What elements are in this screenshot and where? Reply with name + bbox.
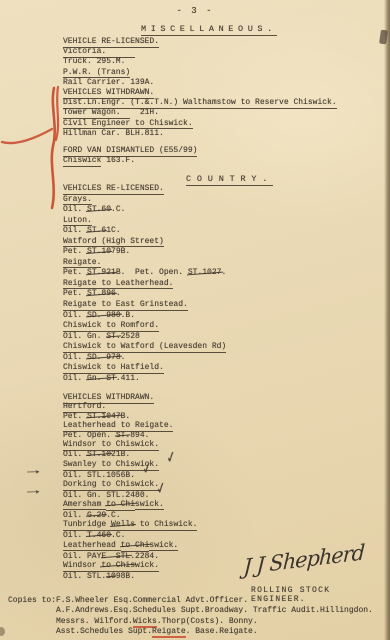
scanned-memo-page: - 3 - MISCELLANEOUS. VEHICLE RE-LICENSED… [0,0,390,640]
document-line: Pet. ST.896. [63,289,226,300]
text-segment: Pet. [63,289,87,298]
text-segment: Windsor [63,561,101,572]
text-segment: Chiswick to Hatfield. [63,363,164,374]
text-segment: Victoria. [63,47,106,58]
document-line: Leatherhead to Chiswick. [63,541,197,552]
text-segment: Reigate. [63,258,101,269]
text-segment: .411. [116,374,140,383]
text-segment: .C. [111,531,125,540]
text-segment: Pet. [63,247,87,256]
struck-text-segment: ST. [106,332,120,343]
document-line: Oil. Gn. ST.2528 [63,332,226,343]
text-segment: Copies to:F.S.Wheeler Esq.Commercial Adv… [8,596,248,605]
text-segment: . [121,353,126,362]
text-segment: Oil. STL.1056B. [63,471,135,480]
text-segment: Oil. PAY [63,552,101,561]
document-line: Dorking to Chiswick. [63,480,197,489]
document-line: Oil. STL.1098B. [63,572,197,581]
struck-text-segment: ST.10 [87,247,111,258]
pencil-arrow-icon: → [27,466,40,476]
text-segment: Pet. Open. [63,431,116,440]
text-segment: Luton. [63,216,92,227]
struck-text-segment: ST.6 [87,226,106,237]
handwritten-signature: J J Shepherd [243,537,390,580]
document-line: Dist.Ln.Engr. (T.&.T.N.) Walthamstow to … [63,98,337,108]
document-line: A.F.Andrews.Esq.Schedules Supt.Broadway.… [8,606,373,616]
document-line: Asst.Schedules Supt.Reigate. Base.Reigat… [8,627,373,637]
text-segment: VEHICLE RE-LICENSED. [63,37,159,48]
text-segment: swick. [135,500,164,511]
document-line: Pet. ST.921B. Pet. Open. ST.1027. [63,268,226,279]
document-line: Windsor to Chiswick. [63,440,197,449]
text-segment: Reigate to Leatherhead. [63,279,173,290]
document-line: FORD VAN DISMANTLED (E55/99) [63,146,197,156]
document-line: Pet. ST.1047B. [63,412,197,421]
document-line: Messrs. Wilford.Wicks.Thorp(Costs). Bonn… [8,617,373,627]
pencil-arrow-icon: → [27,486,40,496]
text-segment: Wicks [133,617,157,628]
text-segment: Civil Engineer to Chiswick. [63,119,193,130]
document-line: VEHICLE RE-LICENSED. [63,37,159,47]
struck-text-segment: T.460 [87,531,111,540]
red-margin-mark [0,84,70,218]
struck-text-segment: ST.921 [87,268,116,279]
text-segment: Leatherhead [63,541,121,552]
text-segment: 1C. [106,226,120,235]
struck-text-segment: E STL [101,552,130,561]
document-line: →Oil. Gn. STL.2480.✓ [63,490,197,500]
struck-text-segment: Gn. ST [87,374,116,385]
document-line: Oil. ST.60.C. [63,205,226,216]
text-segment: Truck. 295.M. [63,57,125,66]
document-line: Hertford. [63,402,197,411]
document-line: Tunbridge Wells to Chiswick. [63,520,197,531]
text-segment: wick. [135,561,159,572]
document-line: Reigate to Leatherhead. [63,279,226,290]
text-segment: Oil. [63,531,87,540]
text-segment: Pet. [63,412,87,421]
document-line: Swanley to Chiswick.✓ [63,459,197,469]
text-segment: A.F.Andrews.Esq.Schedules Supt.Broadway.… [56,606,373,615]
document-line: Rail Carrier. 139A. [63,78,159,88]
text-segment: Oil. [63,450,87,459]
document-line: Oil. T.460.C. [63,531,197,540]
text-segment: swick. [149,541,178,552]
document-line: VEHICLES WITHDRAWN. [63,88,337,98]
text-segment: .2284. [130,552,159,561]
struck-text-segment: to Chi [121,541,150,552]
text-segment: Oil. Gn. STL.2480. [63,491,149,500]
text-segment: 163.F. [101,156,135,165]
text-segment: 98B. [116,572,135,581]
text-segment: 894. [130,431,149,440]
struck-text-segment: ST.896 [87,289,116,300]
document-line: Chiswick 163.F. [63,156,197,166]
document-line: Truck. 295.M. [63,57,159,67]
text-segment [121,108,131,119]
document-line: Watford (High Street) [63,237,226,248]
text-segment: Dist.Ln.Engr. (T.&.T.N.) Walthamstow to … [63,98,337,109]
text-segment: VEHICLES WITHDRAWN. [63,88,154,99]
section-ford-van-dismantled: FORD VAN DISMANTLED (E55/99)Chiswick 163… [63,146,197,166]
text-segment: Oil. [63,205,87,214]
text-segment: Grays. [63,195,92,206]
text-segment: Oil. STL. [63,572,106,581]
text-segment: 21H. [130,108,159,117]
document-line: Oil. SD. 978. [63,353,226,364]
document-line: →Oil. STL.1056B.✓ [63,470,197,480]
scan-edge-shadow [384,0,390,640]
section-country-relicensed: VEHICLES RE-LICENSED.Grays.Oil. ST.60.C.… [63,184,226,384]
text-segment: Tunbridge [63,520,111,531]
section-misc-relicensed: VEHICLE RE-LICENSED.Victoria. Truck. 295… [63,37,159,88]
document-line: Pet. ST.1079B. [63,247,226,258]
text-segment: B. [121,412,131,421]
page-number: - 3 - [0,6,390,16]
text-segment: .B. [121,311,135,320]
text-segment: Amersham [63,500,106,511]
struck-text-segment: ST.10 [87,450,111,459]
text-segment: Oil. [63,226,87,235]
struck-text-segment: to Chis [101,561,135,572]
text-segment: Chiswick to Watford (Leavesden Rd) [63,342,226,353]
struck-text-segment: Wells [111,520,135,531]
text-segment: FORD VAN DISMANTLED (E55/99) [63,146,197,157]
text-segment: 2528 [121,332,140,341]
document-line: Amersham to Chiswick. [63,500,197,511]
text-segment: to Chiswick. [135,520,197,531]
struck-text-segment: ST.60 [87,205,111,216]
document-line: Civil Engineer to Chiswick. [63,119,337,129]
document-line: Windsor to Chiswick. [63,561,197,572]
struck-text-segment: SD. 978 [87,353,121,364]
struck-text-segment: ST. [116,431,130,440]
document-line: VEHICLES WITHDRAWN. [63,393,197,402]
text-segment: 21B. [111,450,130,459]
text-segment: Asst.Schedules Supt. [56,627,152,636]
struck-text-segment: to Chi [106,500,135,511]
text-segment: Oil. [63,511,87,520]
document-line: Tower Wagon. 21H. [63,108,337,118]
document-line: Chiswick to Romford. [63,321,226,332]
copies-distribution-list: Copies to:F.S.Wheeler Esq.Commercial Adv… [8,596,373,638]
document-line: Copies to:F.S.Wheeler Esq.Commercial Adv… [8,596,373,606]
document-line: P.W.R. (Trans) [63,68,159,78]
document-line: Oil. ST.1021B. [63,450,197,459]
text-segment: B. Pet. Open. [116,268,188,277]
document-line: Reigate to East Grinstead. [63,300,226,311]
document-line: Chiswick to Watford (Leavesden Rd) [63,342,226,353]
text-segment: . Base.Reigate. [186,627,258,636]
document-line: Reigate. [63,258,226,269]
text-segment: .C. [106,511,120,520]
document-line: Leatherhead to Reigate. [63,421,197,430]
heading-miscellaneous: MISCELLANEOUS. [141,24,277,36]
section-country-withdrawn: VEHICLES WITHDRAWN.Hertford.Pet. ST.1047… [63,393,197,582]
text-segment: Reigate to East Grinstead. [63,300,188,311]
scan-spot [0,627,5,636]
struck-text-segment: SD. 980 [87,311,121,322]
text-segment: Chiswick [63,156,101,167]
text-segment: Chiswick to Romford. [63,321,159,332]
text-segment: Oil. [63,374,87,383]
text-segment: Tower Wagon. [63,108,121,119]
text-segment: Oil. Gn. [63,332,106,341]
text-segment: Oil. [63,311,87,320]
document-line: Hillman Car. BLH.811. [63,129,337,139]
text-segment: Hillman Car. BLH.811. [63,129,164,138]
struck-text-segment: ST.1027 [188,268,222,279]
document-line: Victoria. [63,47,159,57]
document-line: Chiswick to Hatfield. [63,363,226,374]
text-segment [106,47,135,58]
document-line: Pet. Open. ST.894. [63,431,197,440]
text-segment: .C. [111,205,125,214]
text-segment: VEHICLES RE-LICENSED. [63,184,164,195]
text-segment: Rail Carrier. 139A. [63,78,154,87]
text-segment: Reigate [152,627,186,638]
document-line: Oil. ST.61C. [63,226,226,237]
document-line: Oil. G.29.C. [63,511,197,520]
text-segment: Messrs. Wilford. [56,617,133,626]
text-segment: Oil. [63,353,87,362]
text-segment: 79B. [111,247,130,256]
document-line: Grays. [63,195,226,206]
struck-text-segment: ST.1047 [87,412,121,421]
text-segment: .Thorp(Costs). Bonny. [157,617,258,626]
document-line: VEHICLES RE-LICENSED. [63,184,226,195]
struck-text-segment: 10 [106,572,116,581]
document-line: Luton. [63,216,226,227]
struck-text-segment: G.29 [87,511,106,520]
text-segment: P.W.R. (Trans) [63,68,130,79]
document-line: Oil. PAYE STL.2284. [63,552,197,561]
section-misc-withdrawn: VEHICLES WITHDRAWN.Dist.Ln.Engr. (T.&.T.… [63,88,337,139]
text-segment: Watford (High Street) [63,237,164,248]
document-line: Oil. SD. 980.B. [63,311,226,322]
document-line: Oil. Gn. ST.411. [63,374,226,385]
text-segment: Pet. [63,268,87,277]
